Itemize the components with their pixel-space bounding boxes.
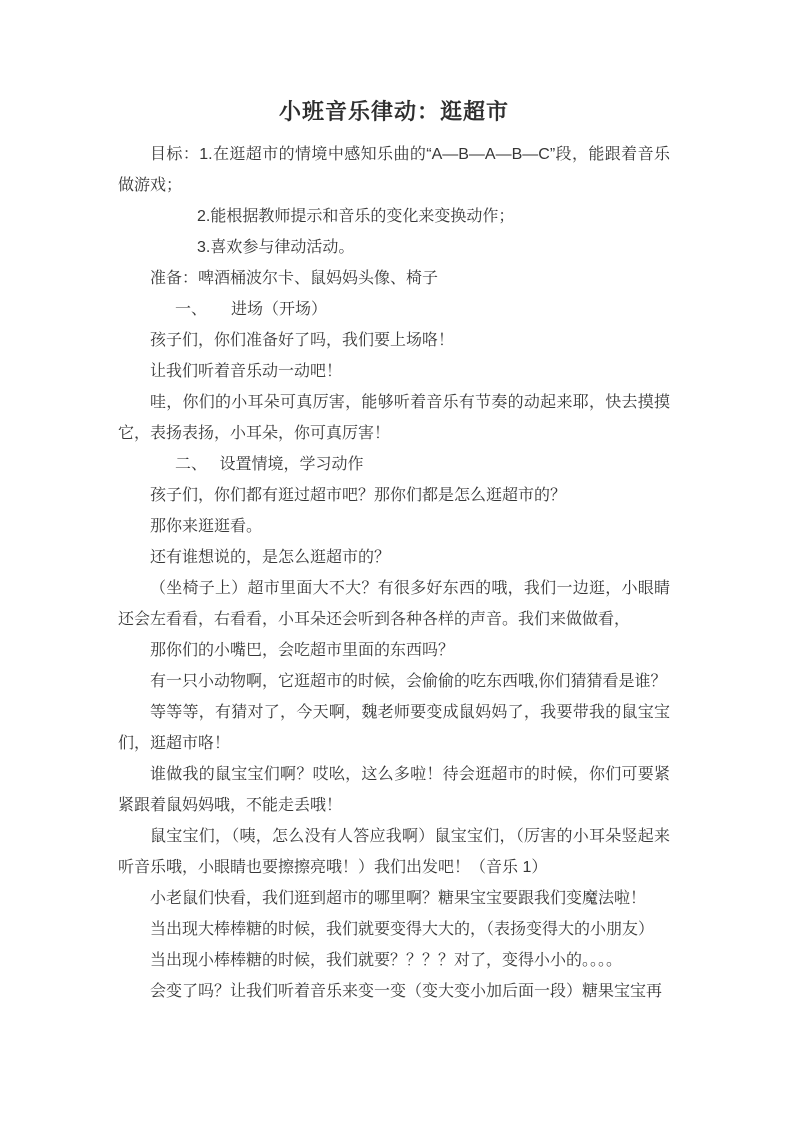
document-body: 目标：1.在逛超市的情境中感知乐曲的“A—B—A—B—C”段，能跟着音乐做游戏；…	[118, 139, 670, 1007]
paragraph: 还有谁想说的，是怎么逛超市的？	[118, 542, 670, 573]
paragraph: 目标：1.在逛超市的情境中感知乐曲的“A—B—A—B—C”段，能跟着音乐做游戏；	[118, 139, 670, 201]
paragraph: 哇，你们的小耳朵可真厉害，能够听着音乐有节奏的动起来耶，快去摸摸它，表扬表扬，小…	[118, 387, 670, 449]
paragraph: 谁做我的鼠宝宝们啊？哎吆，这么多啦！待会逛超市的时候，你们可要紧紧跟着鼠妈妈哦，…	[118, 759, 670, 821]
paragraph: 会变了吗？让我们听着音乐来变一变（变大变小加后面一段）糖果宝宝再	[118, 976, 670, 1007]
section-heading: 二、 设置情境，学习动作	[118, 449, 670, 480]
paragraph: 2.能根据教师提示和音乐的变化来变换动作；	[118, 201, 670, 232]
paragraph: 鼠宝宝们，（咦，怎么没有人答应我啊）鼠宝宝们，（厉害的小耳朵竖起来听音乐哦，小眼…	[118, 821, 670, 883]
document-page: 小班音乐律动：逛超市 目标：1.在逛超市的情境中感知乐曲的“A—B—A—B—C”…	[0, 0, 794, 1123]
section-heading: 一、 进场（开场）	[118, 294, 670, 325]
paragraph: 准备：啤酒桶波尔卡、鼠妈妈头像、椅子	[118, 263, 670, 294]
paragraph: 孩子们，你们准备好了吗，我们要上场咯！	[118, 325, 670, 356]
paragraph: 让我们听着音乐动一动吧！	[118, 356, 670, 387]
paragraph: 那你来逛逛看。	[118, 511, 670, 542]
paragraph: 当出现大棒棒糖的时候，我们就要变得大大的，（表扬变得大的小朋友）	[118, 914, 670, 945]
paragraph: 等等等，有猜对了，今天啊，魏老师要变成鼠妈妈了，我要带我的鼠宝宝们，逛超市咯！	[118, 697, 670, 759]
paragraph: 那你们的小嘴巴，会吃超市里面的东西吗？	[118, 635, 670, 666]
paragraph: （坐椅子上）超市里面大不大？有很多好东西的哦，我们一边逛，小眼睛还会左看看，右看…	[118, 573, 670, 635]
paragraph: 孩子们，你们都有逛过超市吧？那你们都是怎么逛超市的？	[118, 480, 670, 511]
paragraph: 有一只小动物啊，它逛超市的时候，会偷偷的吃东西哦,你们猜猜看是谁？	[118, 666, 670, 697]
paragraph: 小老鼠们快看，我们逛到超市的哪里啊？糖果宝宝要跟我们变魔法啦！	[118, 883, 670, 914]
document-title: 小班音乐律动：逛超市	[118, 96, 670, 127]
paragraph: 3.喜欢参与律动活动。	[118, 232, 670, 263]
paragraph: 当出现小棒棒糖的时候，我们就要？？？？对了，变得小小的。。。。	[118, 945, 670, 976]
